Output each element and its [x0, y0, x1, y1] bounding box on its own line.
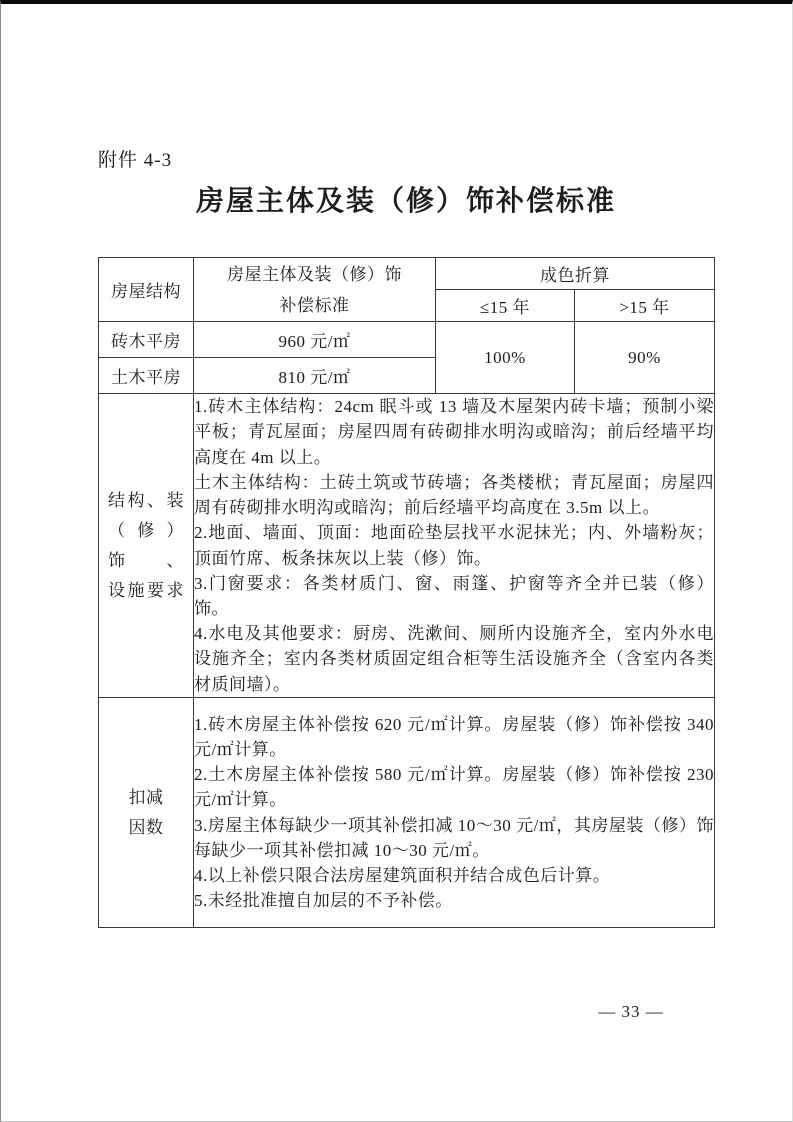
header-standard-line2: 补偿标准 [194, 290, 435, 321]
deduction-paragraph: 2.土木房屋主体补偿按 580 元/㎡计算。房屋装（修）饰补偿按 230 元/㎡… [194, 762, 714, 812]
requirements-label-line: 结构、装 [99, 486, 193, 516]
compensation-table: 房屋结构 房屋主体及装（修）饰 补偿标准 成色折算 ≤15 年 >15 年 砖木… [98, 257, 715, 928]
header-standard: 房屋主体及装（修）饰 补偿标准 [194, 258, 436, 322]
requirements-label-line: （修）饰、 [99, 516, 193, 576]
cell-structure-brick-wood: 砖木平房 [99, 322, 194, 358]
row-requirements: 结构、装 （修）饰、 设施要求 1.砖木主体结构：24cm 眠斗或 13 墙及木… [99, 394, 715, 698]
deduction-paragraph: 3.房屋主体每缺少一项其补偿扣减 10～30 元/㎡，其房屋装（修）饰每缺少一项… [194, 813, 714, 863]
cell-standard-earth-wood: 810 元/㎡ [194, 358, 436, 394]
deduction-paragraph: 1.砖木房屋主体补偿按 620 元/㎡计算。房屋装（修）饰补偿按 340 元/㎡… [194, 712, 714, 762]
cell-discount-le15: 100% [436, 322, 575, 394]
requirement-paragraph: 土木主体结构：土砖土筑或节砖墙；各类楼栿；青瓦屋面；房屋四周有砖砌排水明沟或暗沟… [194, 470, 714, 520]
deduction-label: 扣减 因数 [99, 698, 194, 928]
requirements-label-line: 设施要求 [99, 576, 193, 606]
deduction-label-line: 扣减 [99, 783, 193, 813]
header-house-structure: 房屋结构 [99, 258, 194, 322]
cell-structure-earth-wood: 土木平房 [99, 358, 194, 394]
header-gt-15-years: >15 年 [575, 290, 715, 322]
document-page: 附件 4-3 房屋主体及装（修）饰补偿标准 房屋结构 房屋主体及装（修）饰 补偿… [0, 0, 793, 1122]
requirement-paragraph: 4.水电及其他要求：厨房、洗漱间、厕所内设施齐全，室内外水电设施齐全；室内各类材… [194, 621, 714, 697]
page-title: 房屋主体及装（修）饰补偿标准 [98, 179, 714, 219]
header-standard-line1: 房屋主体及装（修）饰 [194, 259, 435, 290]
deduction-content: 1.砖木房屋主体补偿按 620 元/㎡计算。房屋装（修）饰补偿按 340 元/㎡… [194, 698, 715, 928]
deduction-paragraph: 5.未经批准擅自加层的不予补偿。 [194, 888, 714, 913]
attachment-label: 附件 4-3 [98, 145, 172, 172]
requirement-paragraph: 3.门窗要求：各类材质门、窗、雨篷、护窗等齐全并已装（修）饰。 [194, 571, 714, 621]
header-condition-discount: 成色折算 [436, 258, 715, 290]
page-number: — 33 — [576, 1002, 686, 1022]
requirement-paragraph: 1.砖木主体结构：24cm 眠斗或 13 墙及木屋架内砖卡墙；预制小梁平板；青瓦… [194, 394, 714, 470]
requirements-content: 1.砖木主体结构：24cm 眠斗或 13 墙及木屋架内砖卡墙；预制小梁平板；青瓦… [194, 394, 715, 698]
cell-discount-gt15: 90% [575, 322, 715, 394]
header-le-15-years: ≤15 年 [436, 290, 575, 322]
requirement-paragraph: 2.地面、墙面、顶面：地面砼垫层找平水泥抹光；内、外墙粉灰；顶面竹席、板条抹灰以… [194, 520, 714, 570]
compensation-table-wrap: 房屋结构 房屋主体及装（修）饰 补偿标准 成色折算 ≤15 年 >15 年 砖木… [98, 257, 715, 928]
deduction-paragraph: 4.以上补偿只限合法房屋建筑面积并结合成色后计算。 [194, 863, 714, 888]
cell-standard-brick-wood: 960 元/㎡ [194, 322, 436, 358]
deduction-label-line: 因数 [99, 813, 193, 843]
row-brick-wood: 砖木平房 960 元/㎡ 100% 90% [99, 322, 715, 358]
requirements-label: 结构、装 （修）饰、 设施要求 [99, 394, 194, 698]
row-deduction: 扣减 因数 1.砖木房屋主体补偿按 620 元/㎡计算。房屋装（修）饰补偿按 3… [99, 698, 715, 928]
header-row-1: 房屋结构 房屋主体及装（修）饰 补偿标准 成色折算 [99, 258, 715, 290]
